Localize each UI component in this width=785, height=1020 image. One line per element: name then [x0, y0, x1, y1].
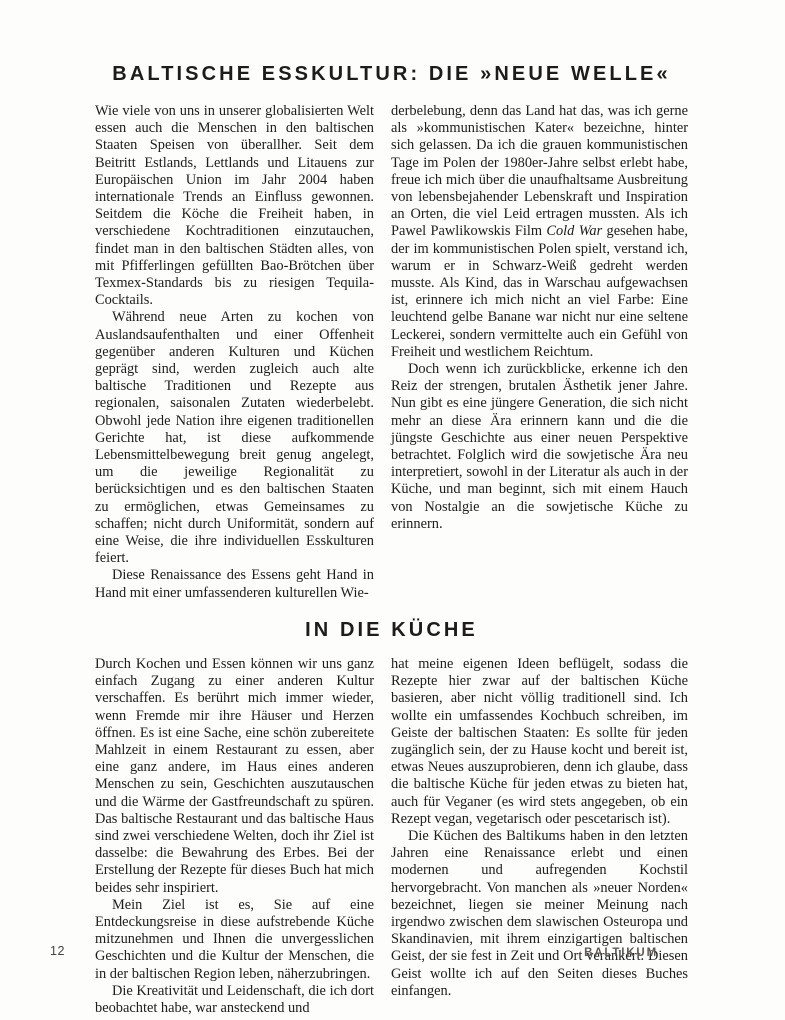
text-run: gesehen habe, der im kommunistischen Pol… [391, 223, 688, 359]
right-text-column: hat meine eigenen Ideen beflügelt, sodas… [391, 656, 688, 1017]
paragraph: derbelebung, denn das Land hat das, was … [391, 103, 688, 361]
right-text-column: derbelebung, denn das Land hat das, was … [391, 103, 688, 602]
paragraph: Diese Renaissance des Essens geht Hand i… [95, 567, 374, 601]
paragraph: hat meine eigenen Ideen beflügelt, sodas… [391, 656, 688, 828]
text-run: Während neue Arten zu kochen von Ausland… [95, 309, 374, 566]
running-title: BALTIKUM [584, 947, 658, 959]
text-run: Diese Renaissance des Essens geht Hand i… [95, 567, 374, 600]
paragraph: Wie viele von uns in unserer globalisier… [95, 103, 374, 309]
text-run: Wie viele von uns in unserer globalisier… [95, 103, 374, 308]
section-title-in-die-kueche: IN DIE KÜCHE [95, 620, 688, 641]
paragraph: Die Küchen des Baltikums haben in den le… [391, 828, 688, 1000]
section-esskultur: BALTISCHE ESSKULTUR: DIE »NEUE WELLE« Wi… [95, 64, 688, 602]
paragraph: Während neue Arten zu kochen von Ausland… [95, 309, 374, 567]
book-page: BALTISCHE ESSKULTUR: DIE »NEUE WELLE« Wi… [0, 0, 785, 1020]
text-run: Die Küchen des Baltikums haben in den le… [391, 828, 688, 999]
page-content: BALTISCHE ESSKULTUR: DIE »NEUE WELLE« Wi… [95, 64, 688, 1017]
text-run: Mein Ziel ist es, Sie auf eine Entdeckun… [95, 897, 374, 982]
text-run: Doch wenn ich zurückblicke, erkenne ich … [391, 361, 688, 532]
text-run: Die Kreativität und Leidenschaft, die ic… [95, 983, 374, 1016]
section-title-esskultur: BALTISCHE ESSKULTUR: DIE »NEUE WELLE« [95, 64, 688, 85]
two-column-text: Wie viele von uns in unserer globalisier… [95, 103, 688, 602]
paragraph: Doch wenn ich zurückblicke, erkenne ich … [391, 361, 688, 533]
italic-text-run: Cold War [546, 223, 602, 239]
text-run: derbelebung, denn das Land hat das, was … [391, 103, 688, 239]
left-text-column: Durch Kochen und Essen können wir uns ga… [95, 656, 374, 1017]
paragraph: Die Kreativität und Leidenschaft, die ic… [95, 983, 374, 1017]
paragraph: Mein Ziel ist es, Sie auf eine Entdeckun… [95, 897, 374, 983]
paragraph: Durch Kochen und Essen können wir uns ga… [95, 656, 374, 897]
text-run: Durch Kochen und Essen können wir uns ga… [95, 656, 374, 896]
page-number: 12 [50, 944, 65, 958]
two-column-text: Durch Kochen und Essen können wir uns ga… [95, 656, 688, 1017]
text-run: hat meine eigenen Ideen beflügelt, sodas… [391, 656, 688, 827]
left-text-column: Wie viele von uns in unserer globalisier… [95, 103, 374, 602]
